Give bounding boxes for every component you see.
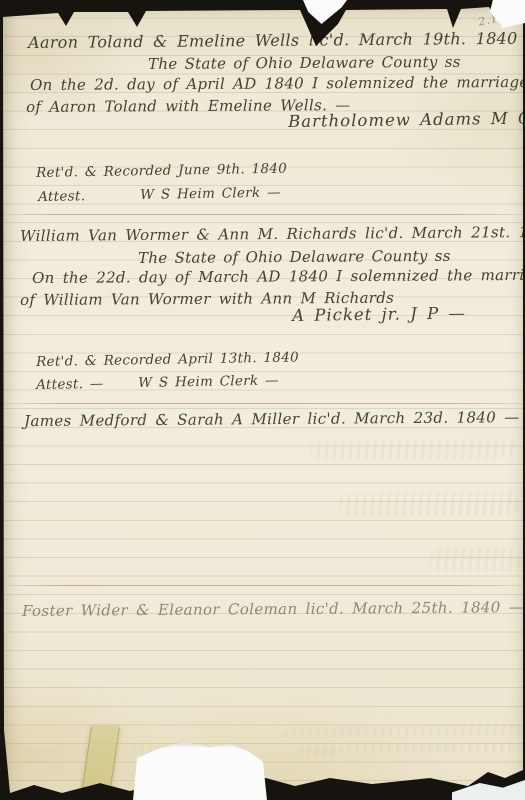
entry-2-clerk-signature: W S Heim Clerk — xyxy=(138,373,279,391)
entry-4-license-line: Foster Wider & Eleanor Coleman lic'd. Ma… xyxy=(22,598,524,620)
entry-1-attest-label: Attest. xyxy=(38,188,85,205)
entry-1-solemnized-line: On the 2d. day of April AD 1840 I solemn… xyxy=(30,73,525,94)
entry-1-clerk-signature: W S Heim Clerk — xyxy=(140,185,281,203)
ink-bleed-through xyxy=(310,438,515,462)
entry-2-attest-label: Attest. — xyxy=(36,376,104,393)
entry-2-license-line: William Van Wormer & Ann M. Richards lic… xyxy=(20,223,525,245)
entry-separator-rule xyxy=(2,214,522,215)
entry-2-solemnized-line: On the 22d. day of March AD 1840 I solem… xyxy=(32,266,525,287)
ink-bleed-through xyxy=(300,742,515,757)
entry-2-state-line: The State of Ohio Delaware County ss xyxy=(138,247,451,267)
entry-1-state-line: The State of Ohio Delaware County ss xyxy=(148,53,461,73)
entry-1-license-line: Aaron Toland & Emeline Wells lic'd. Marc… xyxy=(28,29,525,52)
entry-2-officiant-signature: A Picket jr. J P — xyxy=(292,304,466,325)
ink-bleed-through xyxy=(340,490,518,518)
ledger-page: 2.15 Aaron Toland & Emeline Wells lic'd.… xyxy=(0,0,525,800)
entry-separator-rule xyxy=(2,403,522,404)
scan-background: 2.15 Aaron Toland & Emeline Wells lic'd.… xyxy=(0,0,525,800)
entry-3-license-line: James Medford & Sarah A Miller lic'd. Ma… xyxy=(24,408,520,430)
tape-repair xyxy=(81,727,120,795)
entry-1-recorded-line: Ret'd. & Recorded June 9th. 1840 xyxy=(36,161,287,181)
entry-2-recorded-line: Ret'd. & Recorded April 13th. 1840 xyxy=(36,349,299,370)
entry-1-officiant-signature: Bartholomew Adams M G. xyxy=(288,109,525,131)
ink-bleed-through xyxy=(430,547,520,573)
ink-bleed-through xyxy=(285,724,520,740)
entry-separator-rule xyxy=(2,585,522,586)
